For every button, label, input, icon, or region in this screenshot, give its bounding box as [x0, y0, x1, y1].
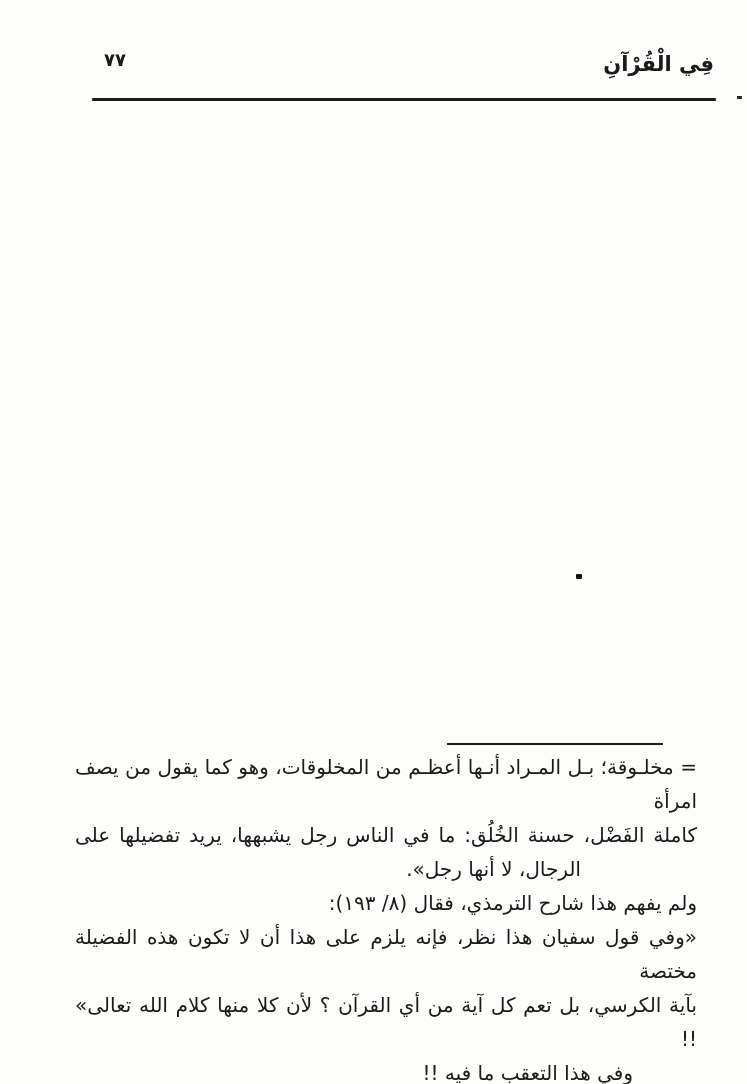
footnote-line: الرجال، لا أنها رجل». [75, 852, 581, 886]
footnote-line: = مخلـوقة؛ بـل المـراد أنـها أعظـم من ال… [75, 750, 697, 818]
ink-speck [737, 96, 742, 99]
ink-dot [576, 574, 582, 579]
footnote-line: كاملة الفَضْل، حسنة الخُلُق: ما في الناس… [75, 818, 697, 852]
footnote-line: «وفي قول سفيان هذا نظر، فإنه يلزم على هذ… [75, 920, 697, 988]
header-title: فِي الْقُرْآنِ [603, 52, 714, 76]
footnote-separator [447, 743, 663, 745]
book-page: ٧٧ فِي الْقُرْآنِ = مخلـوقة؛ بـل المـراد… [0, 0, 747, 1084]
header-rule [92, 98, 716, 101]
footnote-line: وفي هذا التعقب ما فيه !! [75, 1056, 633, 1084]
footnote-block: = مخلـوقة؛ بـل المـراد أنـها أعظـم من ال… [75, 750, 697, 1084]
footnote-line: بآية الكرسي، بل تعم كل آية من أي القرآن … [75, 988, 697, 1056]
page-number: ٧٧ [104, 50, 126, 71]
footnote-line: ولم يفهم هذا شارح الترمذي، فقال (٨/ ١٩٣)… [75, 886, 697, 920]
